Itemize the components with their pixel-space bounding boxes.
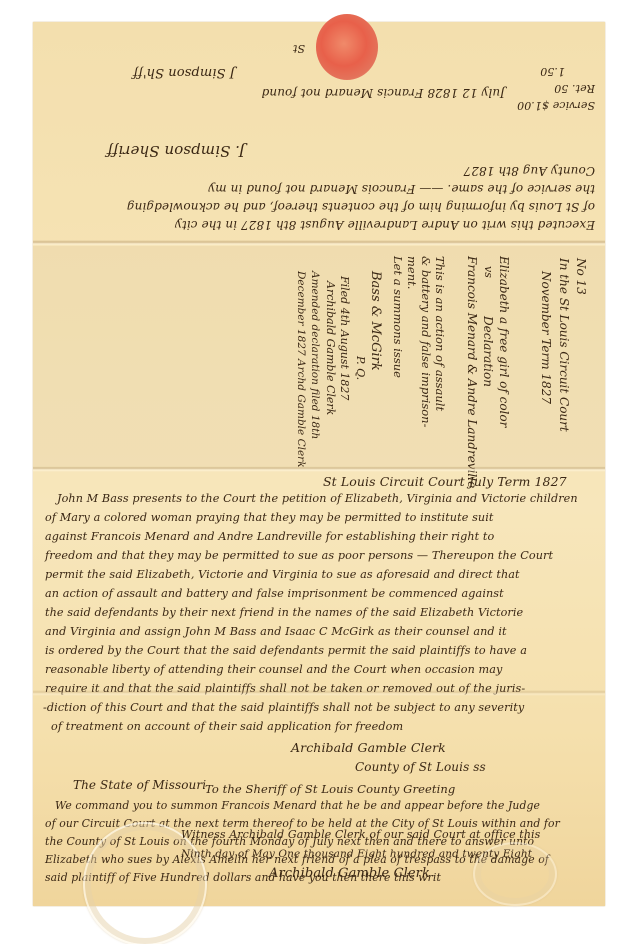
docket-term: November Term 1827: [539, 271, 553, 404]
return-line-1: Executed this writ on Andre Landreville …: [175, 218, 595, 232]
docket-number: No 13: [574, 258, 588, 295]
fee-return: Ret. 50: [554, 82, 595, 95]
order-line: against Francois Menard and Andre Landre…: [45, 530, 494, 543]
order-signature: Archibald Gamble Clerk: [291, 740, 446, 755]
dated-note: July 12 1828 Francis Menard not found: [262, 86, 505, 100]
order-line: reasonable liberty of attending their co…: [45, 663, 502, 676]
docket-note-3: ment.: [405, 256, 419, 289]
document-page: Executed this writ on Andre Landreville …: [33, 22, 605, 906]
summons-state: The State of Missouri: [73, 778, 206, 792]
order-line: the said defendants by their next friend…: [45, 606, 523, 619]
summons-signature: Archibald Gamble Clerk: [269, 866, 430, 881]
return-line-3: the service of the same. —— Francois Men…: [208, 182, 595, 196]
order-line: and Virginia and assign John M Bass and …: [45, 625, 507, 638]
sheriff-return-panel: Executed this writ on Andre Landreville …: [33, 22, 605, 240]
docket-note-4: Let a summons issue: [391, 256, 405, 378]
summons-county: County of St Louis ss: [355, 760, 486, 774]
fee-service: Service $1.00: [517, 99, 595, 112]
return-line-2: of St Louis by informing him of the cont…: [127, 200, 595, 214]
docket-attorneys: Bass & McGirk: [368, 271, 383, 371]
return-line-4: County Aug 8th 1827: [463, 164, 595, 178]
docket-filed-clerk: Archibald Gamble Clerk: [324, 281, 337, 415]
docket-plaintiff: Elizabeth a free girl of color: [497, 256, 511, 427]
summons-greeting: To the Sheriff of St Louis County Greeti…: [205, 782, 455, 796]
second-signature: J Simpson Sh'ff: [133, 65, 235, 80]
sheriff-signature: J. Simpson Sheriff: [107, 142, 245, 160]
order-line: permit the said Elizabeth, Victorie and …: [45, 568, 520, 581]
order-line: of Mary a colored woman praying that the…: [45, 511, 494, 524]
order-line: freedom and that they may be permitted t…: [45, 549, 553, 562]
fold-line: [33, 690, 605, 696]
order-line: of treatment on account of their said ap…: [51, 720, 403, 733]
inverted-text-block: Executed this writ on Andre Landreville …: [33, 22, 605, 240]
docket-filed: Filed 4th August 1827: [338, 276, 351, 400]
order-line: an action of assault and battery and fal…: [45, 587, 504, 600]
order-line: is ordered by the Court that the said de…: [45, 644, 527, 657]
order-heading: St Louis Circuit Court July Term 1827: [323, 474, 567, 489]
docket-note-2: & battery and false imprison-: [419, 256, 433, 427]
docket-versus: vs: [482, 266, 495, 278]
docket-court: In the St Louis Circuit Court: [557, 258, 571, 432]
order-line: -diction of this Court and that the said…: [43, 701, 524, 714]
docket-panel: No 13 In the St Louis Circuit Court Nove…: [33, 246, 605, 466]
summons-line: We command you to summon Francois Menard…: [55, 799, 540, 812]
witness-line: Ninth day of May One thousand Eight hund…: [181, 848, 532, 860]
fold-line: [33, 466, 605, 472]
docket-attorneys-suffix: P. Q.: [354, 356, 367, 380]
docket-amended: Amended declaration filed 18th: [309, 271, 321, 439]
docket-defendants: Francois Menard & Andre Landreville: [465, 256, 479, 488]
seal-note: St: [293, 42, 305, 55]
fee-total: 1.50: [540, 65, 565, 78]
docket-amended-date: December 1827 Archd Gamble Clerk: [295, 271, 307, 468]
docket-doc-type: Declaration: [481, 316, 495, 387]
order-line: John M Bass presents to the Court the pe…: [57, 492, 578, 505]
witness-line: Witness Archibald Gamble Clerk of our sa…: [181, 828, 540, 841]
docket-note-1: This is an action of assault: [433, 256, 447, 411]
